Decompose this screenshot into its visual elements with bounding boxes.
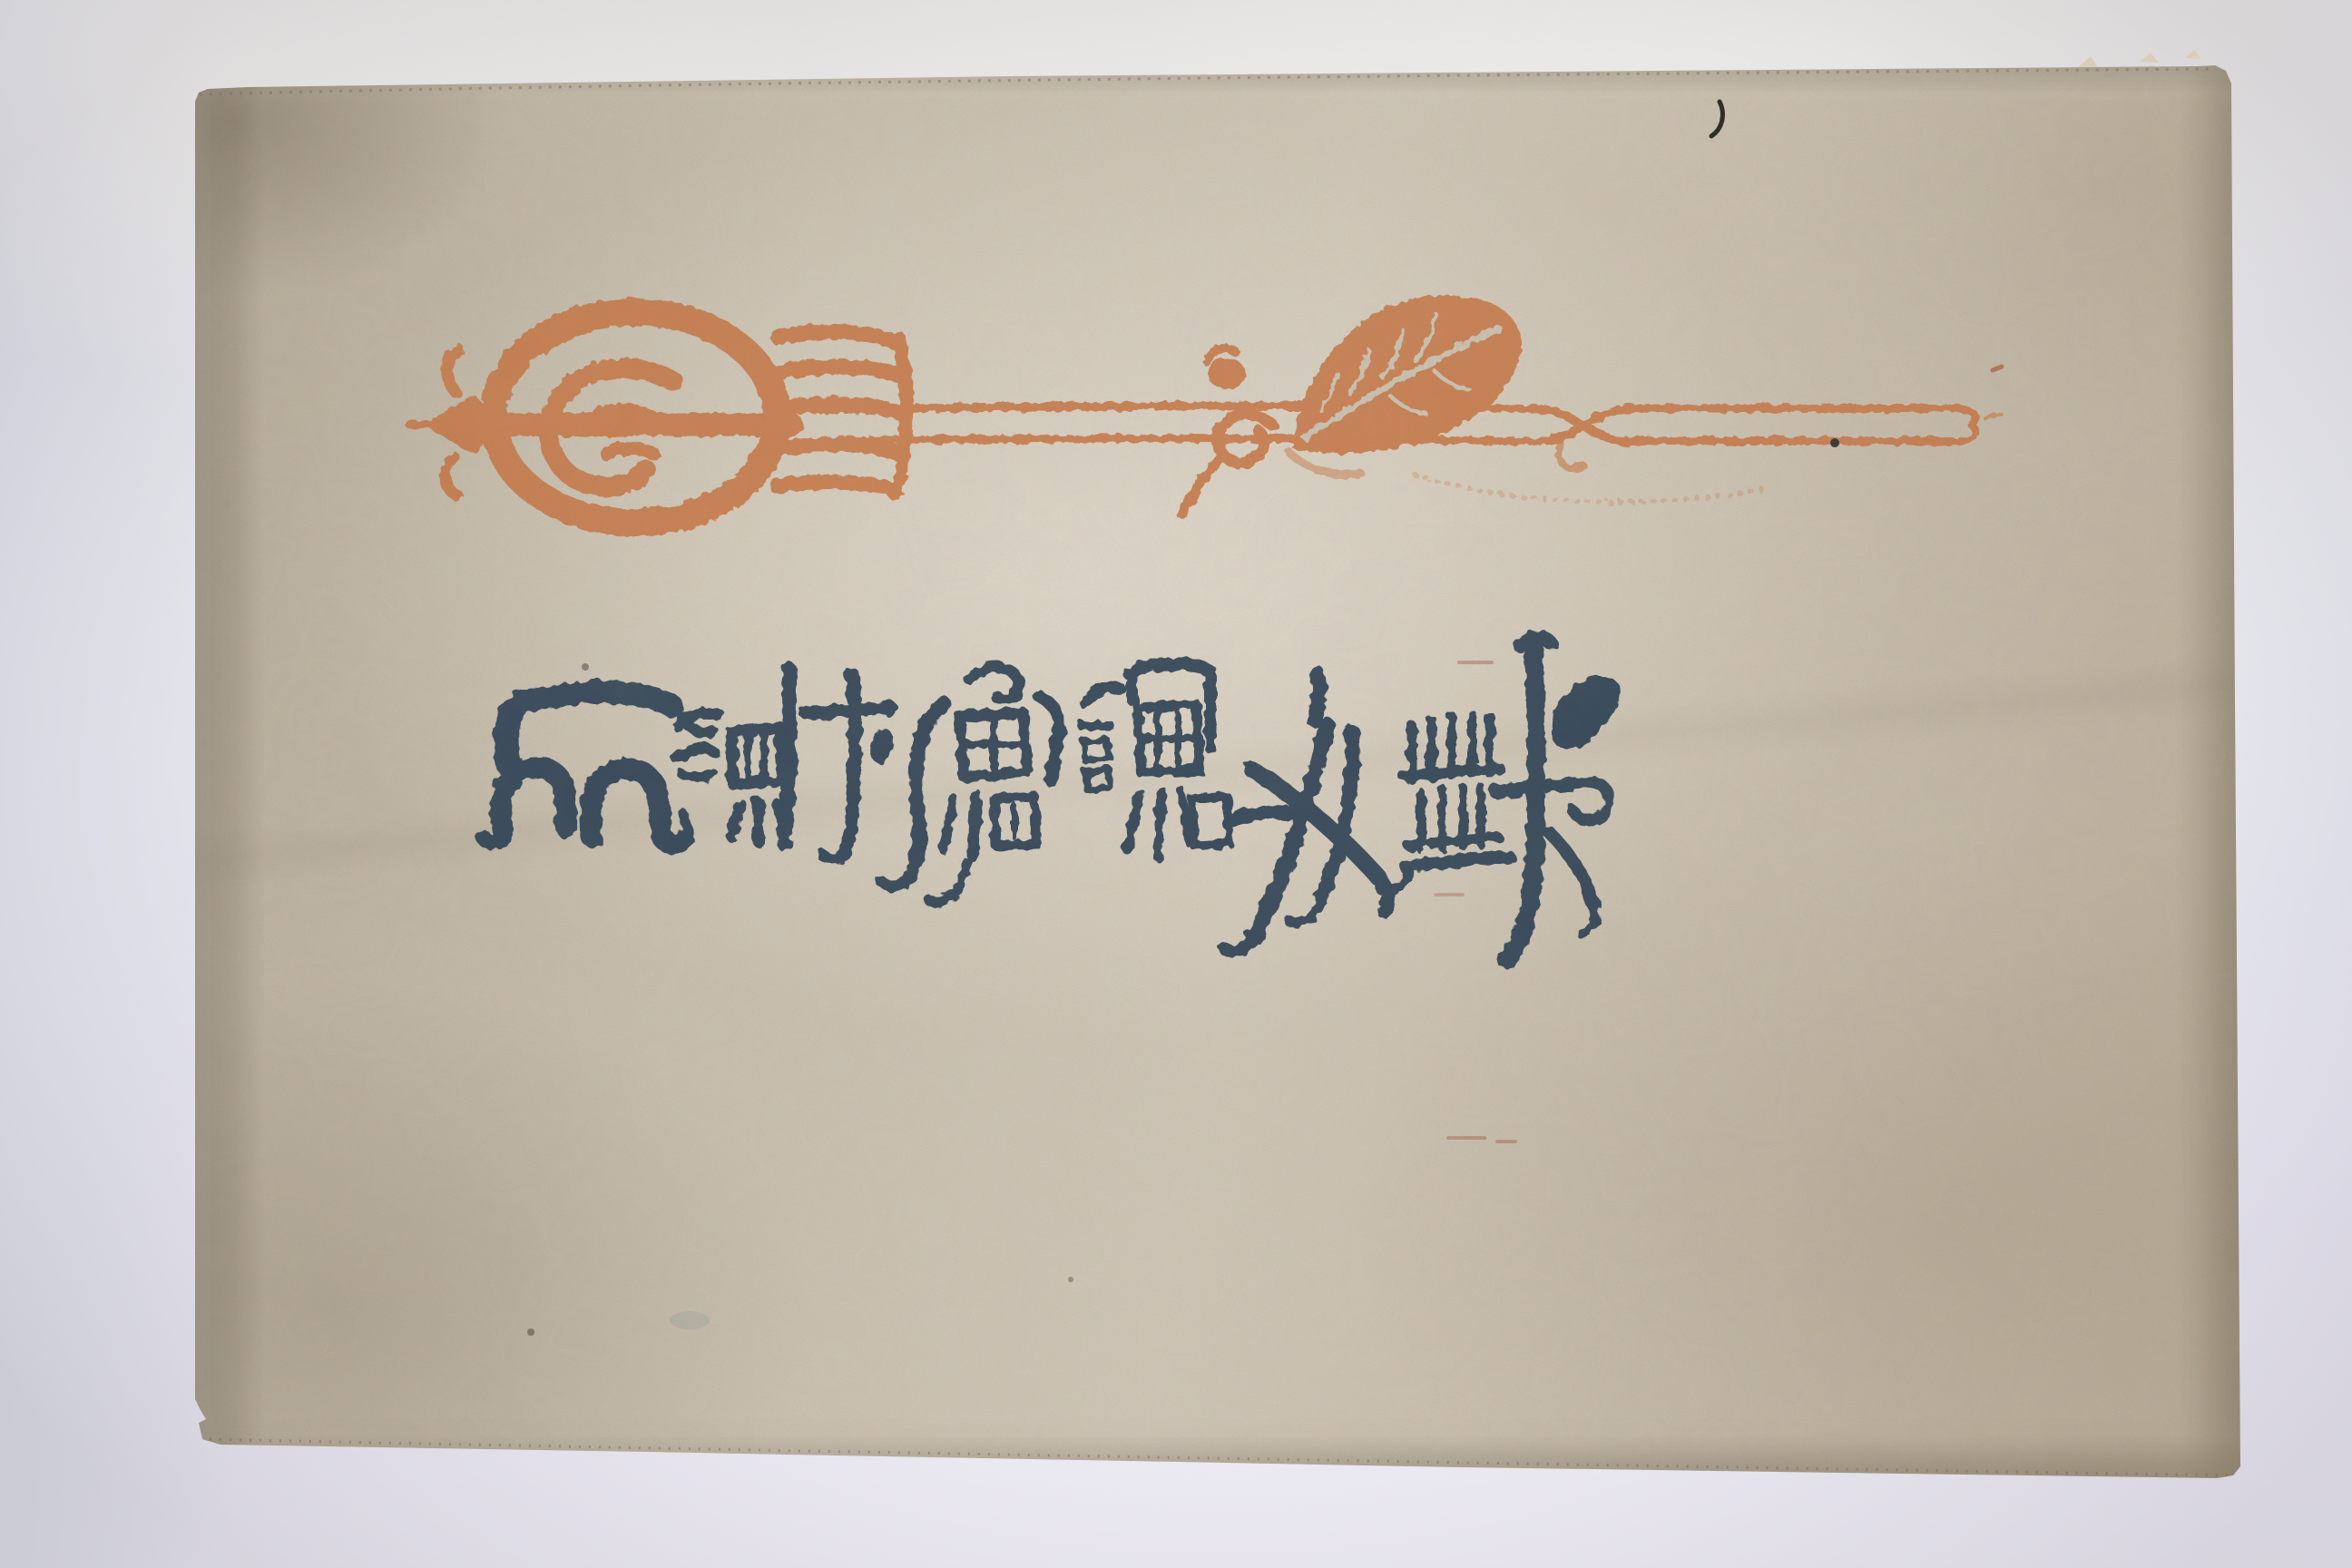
photo-stage xyxy=(0,0,2352,1568)
page-tufts xyxy=(0,0,2352,1568)
